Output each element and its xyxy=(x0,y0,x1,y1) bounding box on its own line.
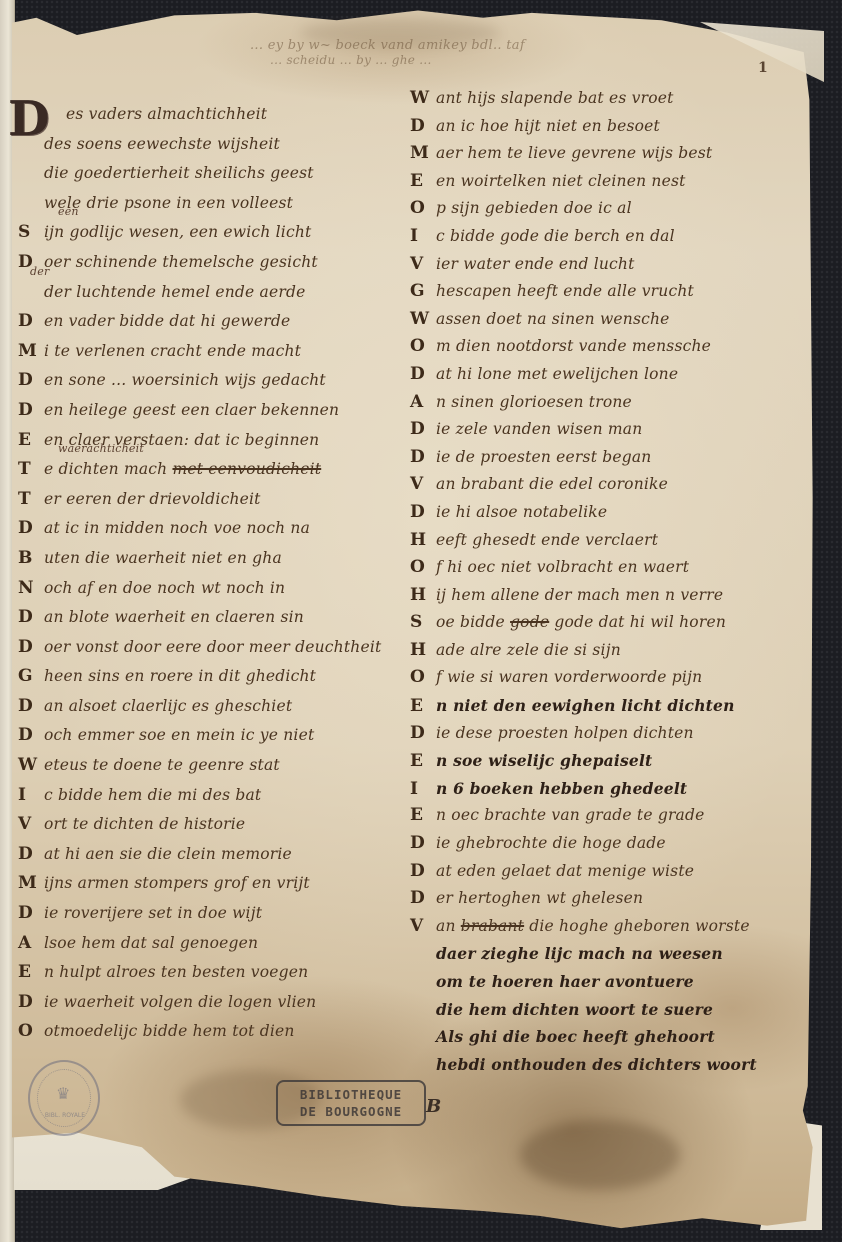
verse-text: Als ghi die boec heeft ghehoort xyxy=(436,1023,715,1051)
right-text-column: Want hijs slapende bat es vroetDan ic ho… xyxy=(410,85,800,1078)
verse-line: Dan alsoet claerlijc es gheschiet xyxy=(18,692,418,722)
struck-text: gode xyxy=(510,613,549,631)
verse-capital: S xyxy=(18,218,44,248)
verse-capital: A xyxy=(18,929,44,959)
round-seal-stamp: ♛ BIBL. ROYALE xyxy=(28,1060,100,1136)
verse-line: Mi te verlenen cracht ende macht xyxy=(18,337,418,367)
verse-line: Die zele vanden wisen man xyxy=(410,416,800,444)
verse-capital: E xyxy=(410,802,436,830)
verse-capital: B xyxy=(18,544,44,574)
verse-capital: O xyxy=(18,1017,44,1047)
verse-text: om te hoeren haer avontuere xyxy=(436,968,694,996)
verse-line: Gheen sins en roere in dit ghedicht xyxy=(18,662,418,692)
seal-text: BIBL. ROYALE xyxy=(34,1112,96,1119)
verse-text: en heilege geest een claer bekennen xyxy=(44,396,339,426)
verse-line: En oec brachte van grade te grade xyxy=(410,802,800,830)
verse-line: der luchtende hemel ende aerdeder xyxy=(18,278,418,308)
verse-text: oer schinende themelsche gesicht xyxy=(44,248,318,278)
verse-capital: D xyxy=(18,366,44,396)
verse-line: Ic bidde gode die berch en dal xyxy=(410,223,800,251)
verse-text: at eden gelaet dat menige wiste xyxy=(436,858,694,886)
verse-line: Dat ic in midden noch voe noch na xyxy=(18,514,418,544)
verse-capital: D xyxy=(18,840,44,870)
verse-text: at hi aen sie die clein memorie xyxy=(44,840,292,870)
header-annotation-line: ... ey by w~ boeck vand amikey bdl.. taf xyxy=(250,38,650,53)
verse-capital: I xyxy=(410,223,436,251)
verse-text: ie zele vanden wisen man xyxy=(436,416,642,444)
verse-text: hebdi onthouden des dichters woort xyxy=(436,1051,757,1079)
verse-capital: H xyxy=(410,527,436,555)
verse-capital: D xyxy=(18,514,44,544)
verse-line: Dat hi aen sie die clein memorie xyxy=(18,840,418,870)
verse-capital: I xyxy=(18,781,44,811)
verse-text: en vader bidde dat hi gewerde xyxy=(44,307,290,337)
verse-capital: E xyxy=(410,693,436,721)
verse-capital: D xyxy=(410,499,436,527)
verse-capital: D xyxy=(18,721,44,751)
verse-line: hebdi onthouden des dichters woort xyxy=(410,1051,800,1079)
verse-line: Weteus te doene te geenre stat xyxy=(18,751,418,781)
verse-line: Der hertoghen wt ghelesen xyxy=(410,885,800,913)
verse-line: Die dese proesten holpen dichten xyxy=(410,720,800,748)
verse-text: en sone ... woersinich wijs gedacht xyxy=(44,366,326,396)
verse-text: es vaders almachtichheit xyxy=(44,100,267,130)
verse-line: Die ghebrochte die hoge dade xyxy=(410,830,800,858)
verse-line: Doer schinende themelsche gesicht xyxy=(18,248,418,278)
verse-capital: V xyxy=(410,251,436,279)
verse-text: och af en doe noch wt noch in xyxy=(44,574,285,604)
verse-line: daer zieghe lijc mach na weesen xyxy=(410,940,800,968)
verse-text: heen sins en roere in dit ghedicht xyxy=(44,662,316,692)
verse-text: an blote waerheit en claeren sin xyxy=(44,603,304,633)
verse-line: Vort te dichten de historie xyxy=(18,810,418,840)
verse-text: ij hem allene der mach men n verre xyxy=(436,582,723,610)
verse-text: ie waerheit volgen die logen vlien xyxy=(44,988,316,1018)
shelfmark-letter: B xyxy=(426,1096,441,1117)
verse-text: die hem dichten woort te suere xyxy=(436,996,713,1024)
verse-capital: D xyxy=(18,633,44,663)
verse-text: er hertoghen wt ghelesen xyxy=(436,885,643,913)
verse-text: oe bidde gode gode dat hi wil horen xyxy=(436,609,726,637)
interlinear-correction: der xyxy=(30,266,49,278)
library-stamp-line: DE BOURGOGNE xyxy=(278,1103,424,1120)
verse-text: otmoedelijc bidde hem tot dien xyxy=(44,1017,295,1047)
verse-capital: D xyxy=(410,830,436,858)
verse-text: hescapen heeft ende alle vrucht xyxy=(436,278,694,306)
verse-capital: O xyxy=(410,554,436,582)
verse-text: eeft ghesedt ende verclaert xyxy=(436,527,658,555)
verse-text: m dien nootdorst vande menssche xyxy=(436,333,711,361)
verse-text: ade alre zele die si sijn xyxy=(436,637,621,665)
verse-text: en woirtelken niet cleinen nest xyxy=(436,168,686,196)
verse-capital: D xyxy=(410,361,436,389)
verse-text: ijns armen stompers grof en vrijt xyxy=(44,869,310,899)
verse-line: Heeft ghesedt ende verclaert xyxy=(410,527,800,555)
verse-text: er eeren der drievoldicheit xyxy=(44,485,261,515)
verse-text: f hi oec niet volbracht en waert xyxy=(436,554,689,582)
verse-line: Op sijn gebieden doe ic al xyxy=(410,195,800,223)
verse-capital: D xyxy=(18,603,44,633)
verse-line: Want hijs slapende bat es vroet xyxy=(410,85,800,113)
verse-text: des soens eewechste wijsheit xyxy=(44,130,280,160)
verse-capital: D xyxy=(410,858,436,886)
verse-capital: T xyxy=(18,485,44,515)
verse-text: uten die waerheit niet en gha xyxy=(44,544,282,574)
verse-capital: W xyxy=(18,751,44,781)
verse-capital: O xyxy=(410,333,436,361)
verse-line: Te dichten mach met eenvoudicheitwaerach… xyxy=(18,455,418,485)
left-text-column: es vaders almachtichheitdes soens eewech… xyxy=(18,100,418,1047)
verse-text: assen doet na sinen wensche xyxy=(436,306,670,334)
verse-line: Dat eden gelaet dat menige wiste xyxy=(410,858,800,886)
verse-capital: D xyxy=(18,396,44,426)
verse-capital: G xyxy=(410,278,436,306)
library-stamp: BIBLIOTHEQUE DE BOURGOGNE xyxy=(276,1080,426,1126)
verse-text: ijn godlijc wesen, een ewich licht xyxy=(44,218,311,248)
verse-line: Ter eeren der drievoldicheit xyxy=(18,485,418,515)
verse-line: Van brabant die edel coronike xyxy=(410,471,800,499)
verse-text: ort te dichten de historie xyxy=(44,810,245,840)
verse-capital: M xyxy=(18,337,44,367)
verse-capital: M xyxy=(18,869,44,899)
verse-capital: D xyxy=(18,692,44,722)
verse-text: c bidde hem die mi des bat xyxy=(44,781,261,811)
verse-line: Den vader bidde dat hi gewerde xyxy=(18,307,418,337)
verse-capital: D xyxy=(410,444,436,472)
verse-line: om te hoeren haer avontuere xyxy=(410,968,800,996)
verse-capital: I xyxy=(410,776,436,804)
verse-line: Wassen doet na sinen wensche xyxy=(410,306,800,334)
verse-text: an ic hoe hijt niet en besoet xyxy=(436,113,660,141)
verse-line: Dan ic hoe hijt niet en besoet xyxy=(410,113,800,141)
verse-capital: T xyxy=(18,455,44,485)
verse-text: aer hem te lieve gevrene wijs best xyxy=(436,140,712,168)
struck-text: brabant xyxy=(461,917,524,935)
verse-line: Sijn godlijc wesen, een ewich lichteen xyxy=(18,218,418,248)
verse-line: Alsoe hem dat sal genoegen xyxy=(18,929,418,959)
verse-line: Die hi alsoe notabelike xyxy=(410,499,800,527)
verse-line: Hade alre zele die si sijn xyxy=(410,637,800,665)
verse-text: ie ghebrochte die hoge dade xyxy=(436,830,666,858)
verse-line: Buten die waerheit niet en gha xyxy=(18,544,418,574)
verse-line: Ghescapen heeft ende alle vrucht xyxy=(410,278,800,306)
verse-text: die goedertierheit sheilichs geest xyxy=(44,159,314,189)
verse-text: ie dese proesten holpen dichten xyxy=(436,720,694,748)
verse-text: at ic in midden noch voe noch na xyxy=(44,514,310,544)
verse-line: Doer vonst door eere door meer deuchthei… xyxy=(18,633,418,663)
verse-text: ie roverijere set in doe wijt xyxy=(44,899,262,929)
verse-capital: H xyxy=(410,637,436,665)
verse-text: an brabant die edel coronike xyxy=(436,471,668,499)
verse-line: Den heilege geest een claer bekennen xyxy=(18,396,418,426)
verse-line: Die roverijere set in doe wijt xyxy=(18,899,418,929)
verse-line: Hij hem allene der mach men n verre xyxy=(410,582,800,610)
verse-capital: D xyxy=(18,899,44,929)
crown-icon: ♛ xyxy=(56,1084,70,1103)
verse-text: eteus te doene te geenre stat xyxy=(44,751,280,781)
verse-text: oer vonst door eere door meer deuchtheit xyxy=(44,633,381,663)
verse-line: Of hi oec niet volbracht en waert xyxy=(410,554,800,582)
verse-line: Van brabant die hoghe gheboren worste xyxy=(410,913,800,941)
verse-line: Die de proesten eerst began xyxy=(410,444,800,472)
verse-text: ie hi alsoe notabelike xyxy=(436,499,607,527)
verse-text: p sijn gebieden doe ic al xyxy=(436,195,632,223)
verse-text: an brabant die hoghe gheboren worste xyxy=(436,913,750,941)
verse-line: es vaders almachtichheit xyxy=(18,100,418,130)
verse-text: at hi lone met ewelijchen lone xyxy=(436,361,678,389)
header-annotation-line: ... scheidu ... by ... ghe ... xyxy=(250,53,650,68)
verse-line: En niet den eewighen licht dichten xyxy=(410,692,800,720)
verse-text: n oec brachte van grade te grade xyxy=(436,802,705,830)
verse-capital: E xyxy=(410,168,436,196)
verse-text: n niet den eewighen licht dichten xyxy=(436,692,735,720)
library-stamp-line: BIBLIOTHEQUE xyxy=(278,1086,424,1103)
verse-line: Maer hem te lieve gevrene wijs best xyxy=(410,140,800,168)
verse-capital: W xyxy=(410,306,436,334)
verse-line: Vier water ende end lucht xyxy=(410,251,800,279)
verse-text: f wie si waren vorderwoorde pijn xyxy=(436,664,702,692)
verse-text: daer zieghe lijc mach na weesen xyxy=(436,940,723,968)
verse-line: Noch af en doe noch wt noch in xyxy=(18,574,418,604)
verse-capital: E xyxy=(410,748,436,776)
verse-capital: G xyxy=(18,662,44,692)
verse-text: n soe wiselijc ghepaiselt xyxy=(436,747,652,775)
verse-line: Een woirtelken niet cleinen nest xyxy=(410,168,800,196)
verse-capital: D xyxy=(18,307,44,337)
verse-line: Dan blote waerheit en claeren sin xyxy=(18,603,418,633)
verse-line: die hem dichten woort te suere xyxy=(410,996,800,1024)
verse-line: Als ghi die boec heeft ghehoort xyxy=(410,1023,800,1051)
verse-line: An sinen glorioesen trone xyxy=(410,389,800,417)
verse-text: lsoe hem dat sal genoegen xyxy=(44,929,258,959)
verse-line: En soe wiselijc ghepaiselt xyxy=(410,747,800,775)
verse-capital: H xyxy=(410,582,436,610)
header-annotation: ... ey by w~ boeck vand amikey bdl.. taf… xyxy=(250,38,650,68)
verse-text: an alsoet claerlijc es gheschiet xyxy=(44,692,292,722)
verse-capital: D xyxy=(410,113,436,141)
verse-text: och emmer soe en mein ic ye niet xyxy=(44,721,314,751)
verse-text: ier water ende end lucht xyxy=(436,251,635,279)
verse-capital: D xyxy=(410,720,436,748)
verse-line: Soe bidde gode gode dat hi wil horen xyxy=(410,609,800,637)
verse-line: des soens eewechste wijsheit xyxy=(18,130,418,160)
verse-text: ie de proesten eerst began xyxy=(436,444,652,472)
verse-text: n 6 boeken hebben ghedeelt xyxy=(436,775,687,803)
verse-capital: V xyxy=(410,913,436,941)
struck-text: met eenvoudicheit xyxy=(172,460,321,478)
verse-line: Om dien nootdorst vande menssche xyxy=(410,333,800,361)
water-stain xyxy=(520,1120,680,1190)
verse-text: e dichten mach met eenvoudicheit xyxy=(44,455,321,485)
verse-line: Of wie si waren vorderwoorde pijn xyxy=(410,664,800,692)
verse-capital: E xyxy=(18,426,44,456)
verse-line: Doch emmer soe en mein ic ye niet xyxy=(18,721,418,751)
verse-capital: N xyxy=(18,574,44,604)
verse-line: En hulpt alroes ten besten voegen xyxy=(18,958,418,988)
folio-number: 1 xyxy=(758,60,768,76)
verse-line: Ic bidde hem die mi des bat xyxy=(18,781,418,811)
verse-line: Ootmoedelijc bidde hem tot dien xyxy=(18,1017,418,1047)
verse-capital: O xyxy=(410,195,436,223)
verse-line: Den sone ... woersinich wijs gedacht xyxy=(18,366,418,396)
verse-capital: S xyxy=(410,609,436,637)
verse-capital: M xyxy=(410,140,436,168)
verse-capital: E xyxy=(18,958,44,988)
verse-capital: D xyxy=(410,416,436,444)
verse-text: n sinen glorioesen trone xyxy=(436,389,632,417)
verse-text: i te verlenen cracht ende macht xyxy=(44,337,301,367)
verse-line: Mijns armen stompers grof en vrijt xyxy=(18,869,418,899)
verse-line: In 6 boeken hebben ghedeelt xyxy=(410,775,800,803)
verse-text: n hulpt alroes ten besten voegen xyxy=(44,958,308,988)
verse-capital: V xyxy=(18,810,44,840)
interlinear-correction: waerachticheit xyxy=(58,443,144,455)
verse-capital: V xyxy=(410,471,436,499)
interlinear-correction: een xyxy=(58,206,79,218)
verse-line: Die waerheit volgen die logen vlien xyxy=(18,988,418,1018)
verse-text: wele drie psone in een volleest xyxy=(44,189,293,219)
verse-text: ant hijs slapende bat es vroet xyxy=(436,85,674,113)
verse-capital: W xyxy=(410,85,436,113)
verse-capital: D xyxy=(18,988,44,1018)
verse-text: c bidde gode die berch en dal xyxy=(436,223,675,251)
verse-capital: O xyxy=(410,664,436,692)
verse-line: Dat hi lone met ewelijchen lone xyxy=(410,361,800,389)
verse-line: die goedertierheit sheilichs geest xyxy=(18,159,418,189)
verse-capital: D xyxy=(410,885,436,913)
verse-text: der luchtende hemel ende aerde xyxy=(44,278,305,308)
verse-capital: A xyxy=(410,389,436,417)
